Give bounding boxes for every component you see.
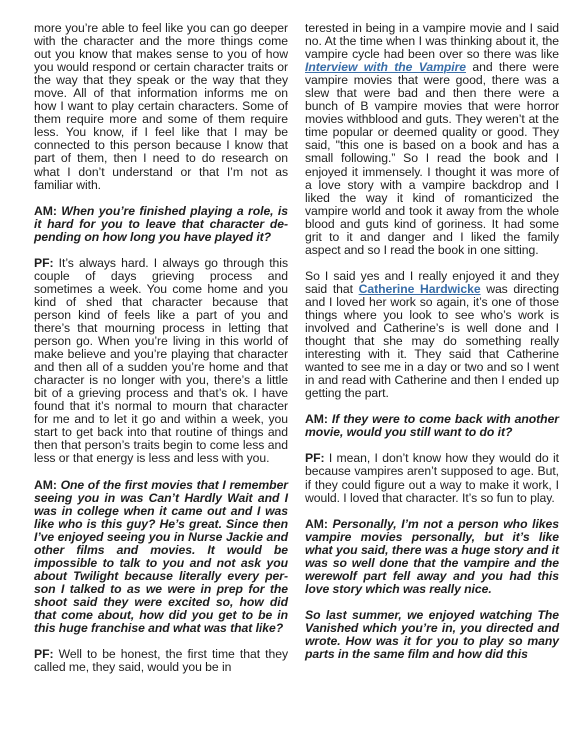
interview-answer-twilight-continued: terested in being in a vampire movie and… xyxy=(305,22,559,257)
interview-question-leaving-character: AM: When you’re finished playing a role,… xyxy=(34,205,288,244)
question-text: One of the first movies that I remem­ber… xyxy=(34,478,288,636)
interview-question-the-vanished: So last summer, we enjoyed watching The … xyxy=(305,609,559,661)
speaker-label-am: AM: xyxy=(34,478,57,492)
interview-question-twilight: AM: One of the first movies that I remem… xyxy=(34,479,288,636)
speaker-label-am: AM: xyxy=(305,517,328,531)
speaker-label-pf: PF: xyxy=(34,647,53,661)
right-column: terested in being in a vampire movie and… xyxy=(305,22,559,674)
interview-answer-grieving: PF: It’s always hard. I always go throug… xyxy=(34,257,288,466)
answer-text: I mean, I don’t know how they would do i… xyxy=(305,451,559,504)
speaker-label-am: AM: xyxy=(34,204,57,218)
answer-paragraph-continued: more you’re able to feel like you can go… xyxy=(34,22,288,192)
speaker-label-am: AM: xyxy=(305,412,328,426)
left-column: more you’re able to feel like you can go… xyxy=(34,22,288,687)
speaker-label-pf: PF: xyxy=(305,451,324,465)
answer-text: Well to be honest, the first time that t… xyxy=(34,647,288,674)
interview-question-vampire-movies: AM: Personally, I’m not a person who lik… xyxy=(305,518,559,596)
question-text: So last summer, we enjoyed watching The … xyxy=(305,608,559,661)
interview-answer-catherine: So I said yes and I really enjoyed it an… xyxy=(305,270,559,400)
question-text: When you’re finished playing a role, is … xyxy=(34,204,288,244)
paragraph-text: more you’re able to feel like you can go… xyxy=(34,21,288,192)
magazine-page: more you’re able to feel like you can go… xyxy=(0,0,576,746)
interview-answer-twilight-start: PF: Well to be honest, the first time th… xyxy=(34,648,288,674)
paragraph-text: was directing and I loved her work so ag… xyxy=(305,282,559,400)
interview-question-another-movie: AM: If they were to come back with anoth… xyxy=(305,413,559,439)
speaker-label-pf: PF: xyxy=(34,256,53,270)
paragraph-text: and there were vampire movies that were … xyxy=(305,60,559,257)
question-text: Personally, I’m not a person who likes v… xyxy=(305,517,559,596)
interview-answer-another-movie: PF: I mean, I don’t know how they would … xyxy=(305,452,559,504)
answer-text: It’s always hard. I always go through th… xyxy=(34,256,288,466)
link-interview-with-the-vampire[interactable]: Interview with the Vam­pire xyxy=(305,60,466,74)
question-text: If they were to come back with anoth­er … xyxy=(305,412,559,439)
paragraph-text: terested in being in a vampire movie and… xyxy=(305,21,559,61)
link-catherine-hardwicke[interactable]: Catherine Hardwicke xyxy=(359,282,481,296)
